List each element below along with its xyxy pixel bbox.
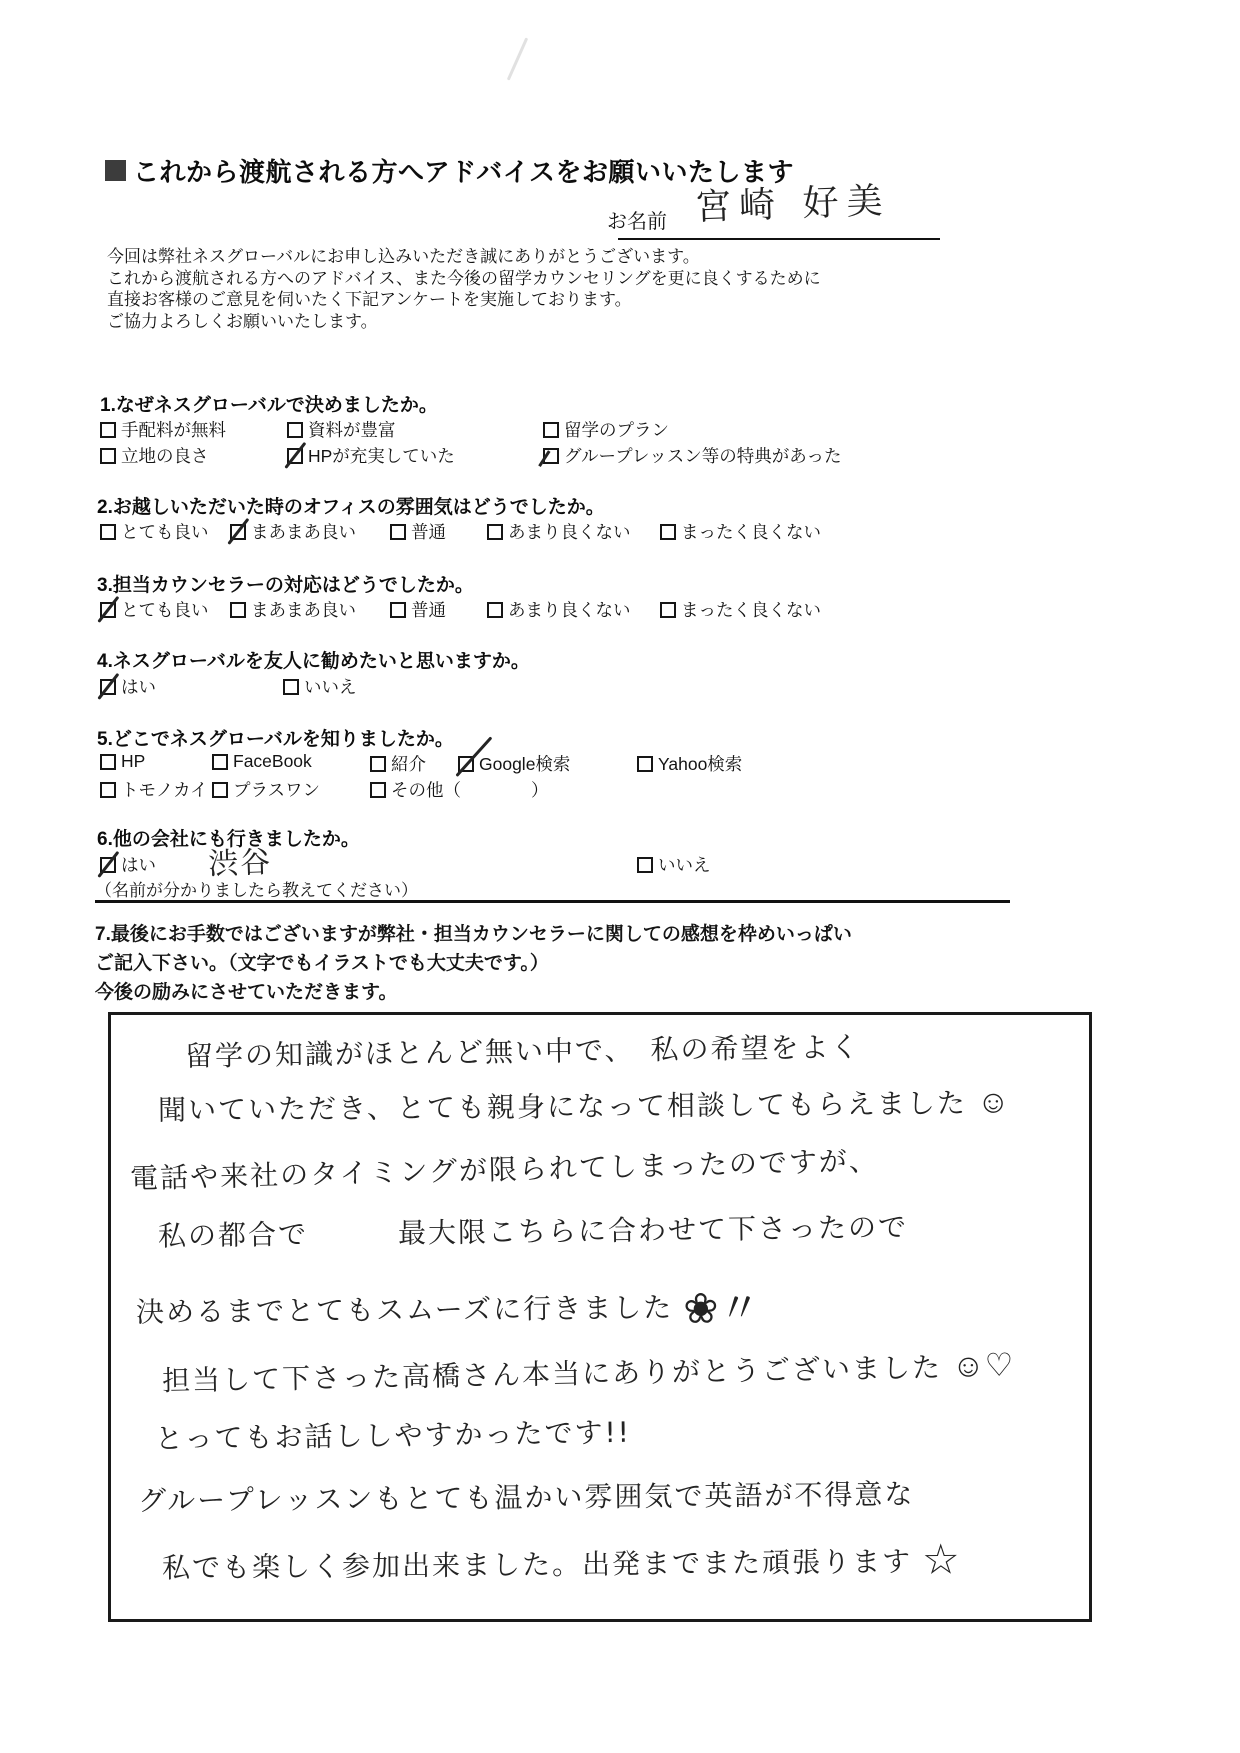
q5-option-tomonokai: トモノカイ (100, 777, 208, 802)
checkbox-icon[interactable] (100, 857, 116, 873)
square-bullet-icon (105, 160, 126, 181)
checkbox-icon[interactable] (230, 602, 246, 618)
checkbox-icon[interactable] (543, 422, 559, 438)
q5-option-hp: HP (100, 751, 145, 772)
q7-line: 今後の励みにさせていただきます。 (95, 978, 852, 1007)
question-2-title: 2.お越しいただいた時のオフィスの雰囲気はどうでしたか。 (97, 492, 605, 519)
checkbox-label: まったく良くない (681, 597, 821, 622)
q4-option-iie: いいえ (283, 674, 357, 699)
checkbox-icon[interactable] (287, 422, 303, 438)
q5-option-shokai: 紹介 (370, 751, 426, 776)
q3-option-totemo-checked: とても良い (100, 597, 209, 622)
q1-option-hp-checked: HPが充実していた (287, 443, 455, 468)
name-underline[interactable] (618, 238, 940, 240)
q2-option-amari: あまり良くない (487, 519, 631, 544)
checkbox-icon[interactable] (458, 756, 474, 772)
question-4-title: 4.ネスグローバルを友人に勧めたいと思いますか。 (97, 646, 530, 673)
q2-option-totemo-yoi: とても良い (100, 519, 209, 544)
checkbox-label: いいえ (658, 852, 711, 877)
q6-option-hai-checked: はい (100, 852, 156, 877)
checkbox-label: HP (121, 751, 145, 772)
q7-line: ご記入下さい。（文字でもイラストでも大丈夫です。） (95, 949, 852, 978)
q5-option-sonota: その他（ ） (370, 777, 549, 802)
q7-line: 7.最後にお手数ではございますが弊社・担当カウンセラーに関しての感想を枠めいっぱ… (95, 920, 852, 949)
q5-option-plusone: プラスワン (212, 777, 320, 802)
checkbox-label: とても良い (121, 597, 209, 622)
checkbox-icon[interactable] (660, 602, 676, 618)
checkbox-icon[interactable] (100, 524, 116, 540)
scanned-survey-page: これから渡航される方へアドバイスをお願いいたします お名前 宮崎 好美 今回は弊… (0, 0, 1240, 1753)
q6-answer-underline[interactable] (95, 900, 1010, 903)
q5-option-yahoo: Yahoo検索 (637, 751, 742, 776)
checkbox-label: はい (121, 852, 156, 877)
q2-option-mattaku: まったく良くない (660, 519, 821, 544)
checkbox-icon[interactable] (287, 448, 303, 464)
checkbox-label: 資料が豊富 (308, 417, 396, 442)
intro-line: 今回は弊社ネスグローバルにお申し込みいただき誠にありがとうございます。 (107, 246, 821, 268)
name-value-handwritten: 宮崎 好美 (694, 173, 891, 231)
checkbox-label: はい (121, 674, 156, 699)
checkbox-label: プラスワン (233, 777, 320, 802)
checkbox-label: 普通 (411, 597, 446, 622)
checkbox-icon[interactable] (230, 524, 246, 540)
checkbox-icon[interactable] (212, 782, 228, 798)
checkbox-icon[interactable] (100, 602, 116, 618)
checkbox-label: まあまあ良い (251, 519, 356, 544)
question-5-title: 5.どこでネスグローバルを知りましたか。 (97, 724, 454, 751)
handwritten-text: 私でも楽しく参加出来ました。出発までまた頑張ります (162, 1539, 912, 1586)
feedback-line: 決めるまでとてもスムーズに行きました ❀〃 (136, 1275, 761, 1340)
checkbox-label: とても良い (121, 519, 209, 544)
checkbox-label: HPが充実していた (308, 443, 455, 468)
checkbox-label: あまり良くない (508, 597, 631, 622)
q3-option-mattaku: まったく良くない (660, 597, 821, 622)
smiley-heart-doodle-icon: ☺♡ (952, 1346, 1014, 1385)
intro-line: ご協力よろしくお願いいたします。 (107, 311, 821, 333)
q2-option-futsuu: 普通 (390, 519, 446, 544)
checkbox-icon[interactable] (100, 448, 116, 464)
checkbox-label: 手配料が無料 (121, 417, 226, 442)
checkbox-icon[interactable] (390, 524, 406, 540)
q5-option-facebook: FaceBook (212, 751, 312, 772)
checkbox-label: 立地の良さ (121, 443, 209, 468)
checkbox-icon[interactable] (212, 754, 228, 770)
checkbox-label: トモノカイ (121, 777, 208, 802)
feedback-line: グループレッスンもとても温かい雰囲気で英語が不得意な (138, 1473, 925, 1520)
checkbox-icon[interactable] (100, 754, 116, 770)
q1-option-group-lesson: グループレッスン等の特典があった (543, 443, 842, 468)
handwritten-text: とってもお話ししやすかったです!! (155, 1411, 631, 1458)
checkbox-label: 紹介 (391, 751, 426, 776)
checkbox-icon[interactable] (637, 857, 653, 873)
question-7-title: 7.最後にお手数ではございますが弊社・担当カウンセラーに関しての感想を枠めいっぱ… (95, 920, 852, 1007)
intro-paragraph: 今回は弊社ネスグローバルにお申し込みいただき誠にありがとうございます。 これから… (107, 246, 821, 332)
flower-doodle-icon: ❀〃 (683, 1275, 761, 1336)
handwritten-text: グループレッスンもとても温かい雰囲気で英語が不得意な (138, 1473, 915, 1520)
checkbox-icon[interactable] (370, 782, 386, 798)
checkbox-icon[interactable] (100, 782, 116, 798)
checkbox-label: 普通 (411, 519, 446, 544)
q1-option-tehairyo: 手配料が無料 (100, 417, 226, 442)
checkbox-label: まあまあ良い (251, 597, 356, 622)
checkbox-icon[interactable] (390, 602, 406, 618)
checkbox-icon[interactable] (370, 756, 386, 772)
checkbox-label: あまり良くない (508, 519, 631, 544)
handwritten-text: 決めるまでとてもスムーズに行きました (136, 1286, 674, 1331)
checkbox-label: その他（ ） (391, 777, 549, 802)
checkbox-icon[interactable] (637, 756, 653, 772)
checkbox-icon[interactable] (487, 602, 503, 618)
handwritten-text: 聞いていただき、とても親身になって相談してもらえました (158, 1082, 967, 1129)
checkbox-icon[interactable] (283, 679, 299, 695)
intro-line: 直接お客様のご意見を伺いたく下記アンケートを実施しております。 (107, 289, 821, 311)
checkbox-label: いいえ (304, 674, 357, 699)
feedback-line: 私でも楽しく参加出来ました。出発までまた頑張ります ☆ (162, 1535, 960, 1591)
q3-option-futsuu: 普通 (390, 597, 446, 622)
checkbox-icon[interactable] (543, 448, 559, 464)
checkbox-icon[interactable] (487, 524, 503, 540)
feedback-line: 聞いていただき、とても親身になって相談してもらえました ☺ (158, 1081, 1010, 1128)
checkbox-icon[interactable] (660, 524, 676, 540)
smiley-doodle-icon: ☺ (977, 1083, 1010, 1120)
checkbox-icon[interactable] (100, 422, 116, 438)
feedback-line: とってもお話ししやすかったです!! (155, 1411, 641, 1458)
q6-hint: （名前が分かりましたら教えてください） (95, 876, 418, 901)
question-1-title: 1.なぜネスグローバルで決めましたか。 (100, 390, 438, 417)
q3-option-maamaa: まあまあ良い (230, 597, 356, 622)
question-3-title: 3.担当カウンセラーの対応はどうでしたか。 (97, 570, 474, 597)
q1-option-richi: 立地の良さ (100, 443, 209, 468)
checkbox-label: Google検索 (479, 751, 570, 776)
q5-option-google-checked: Google検索 (458, 751, 570, 776)
q2-option-maamaa-checked: まあまあ良い (230, 519, 356, 544)
q1-option-plan: 留学のプラン (543, 417, 669, 442)
checkbox-label: FaceBook (233, 751, 312, 772)
checkbox-label: Yahoo検索 (658, 751, 742, 776)
checkbox-label: まったく良くない (681, 519, 821, 544)
q6-option-iie: いいえ (637, 852, 711, 877)
star-doodle-icon: ☆ (922, 1535, 960, 1584)
document-title-row: これから渡航される方へアドバイスをお願いいたします (105, 152, 794, 189)
name-label: お名前 (607, 205, 667, 234)
checkbox-icon[interactable] (100, 679, 116, 695)
checkbox-label: グループレッスン等の特典があった (564, 443, 842, 468)
scan-smudge (507, 37, 528, 80)
q3-option-amari: あまり良くない (487, 597, 631, 622)
q1-option-shiryo: 資料が豊富 (287, 417, 396, 442)
q4-option-hai-checked: はい (100, 674, 156, 699)
checkbox-label: 留学のプラン (564, 417, 669, 442)
intro-line: これから渡航される方へのアドバイス、また今後の留学カウンセリングを更に良くするた… (107, 268, 821, 290)
